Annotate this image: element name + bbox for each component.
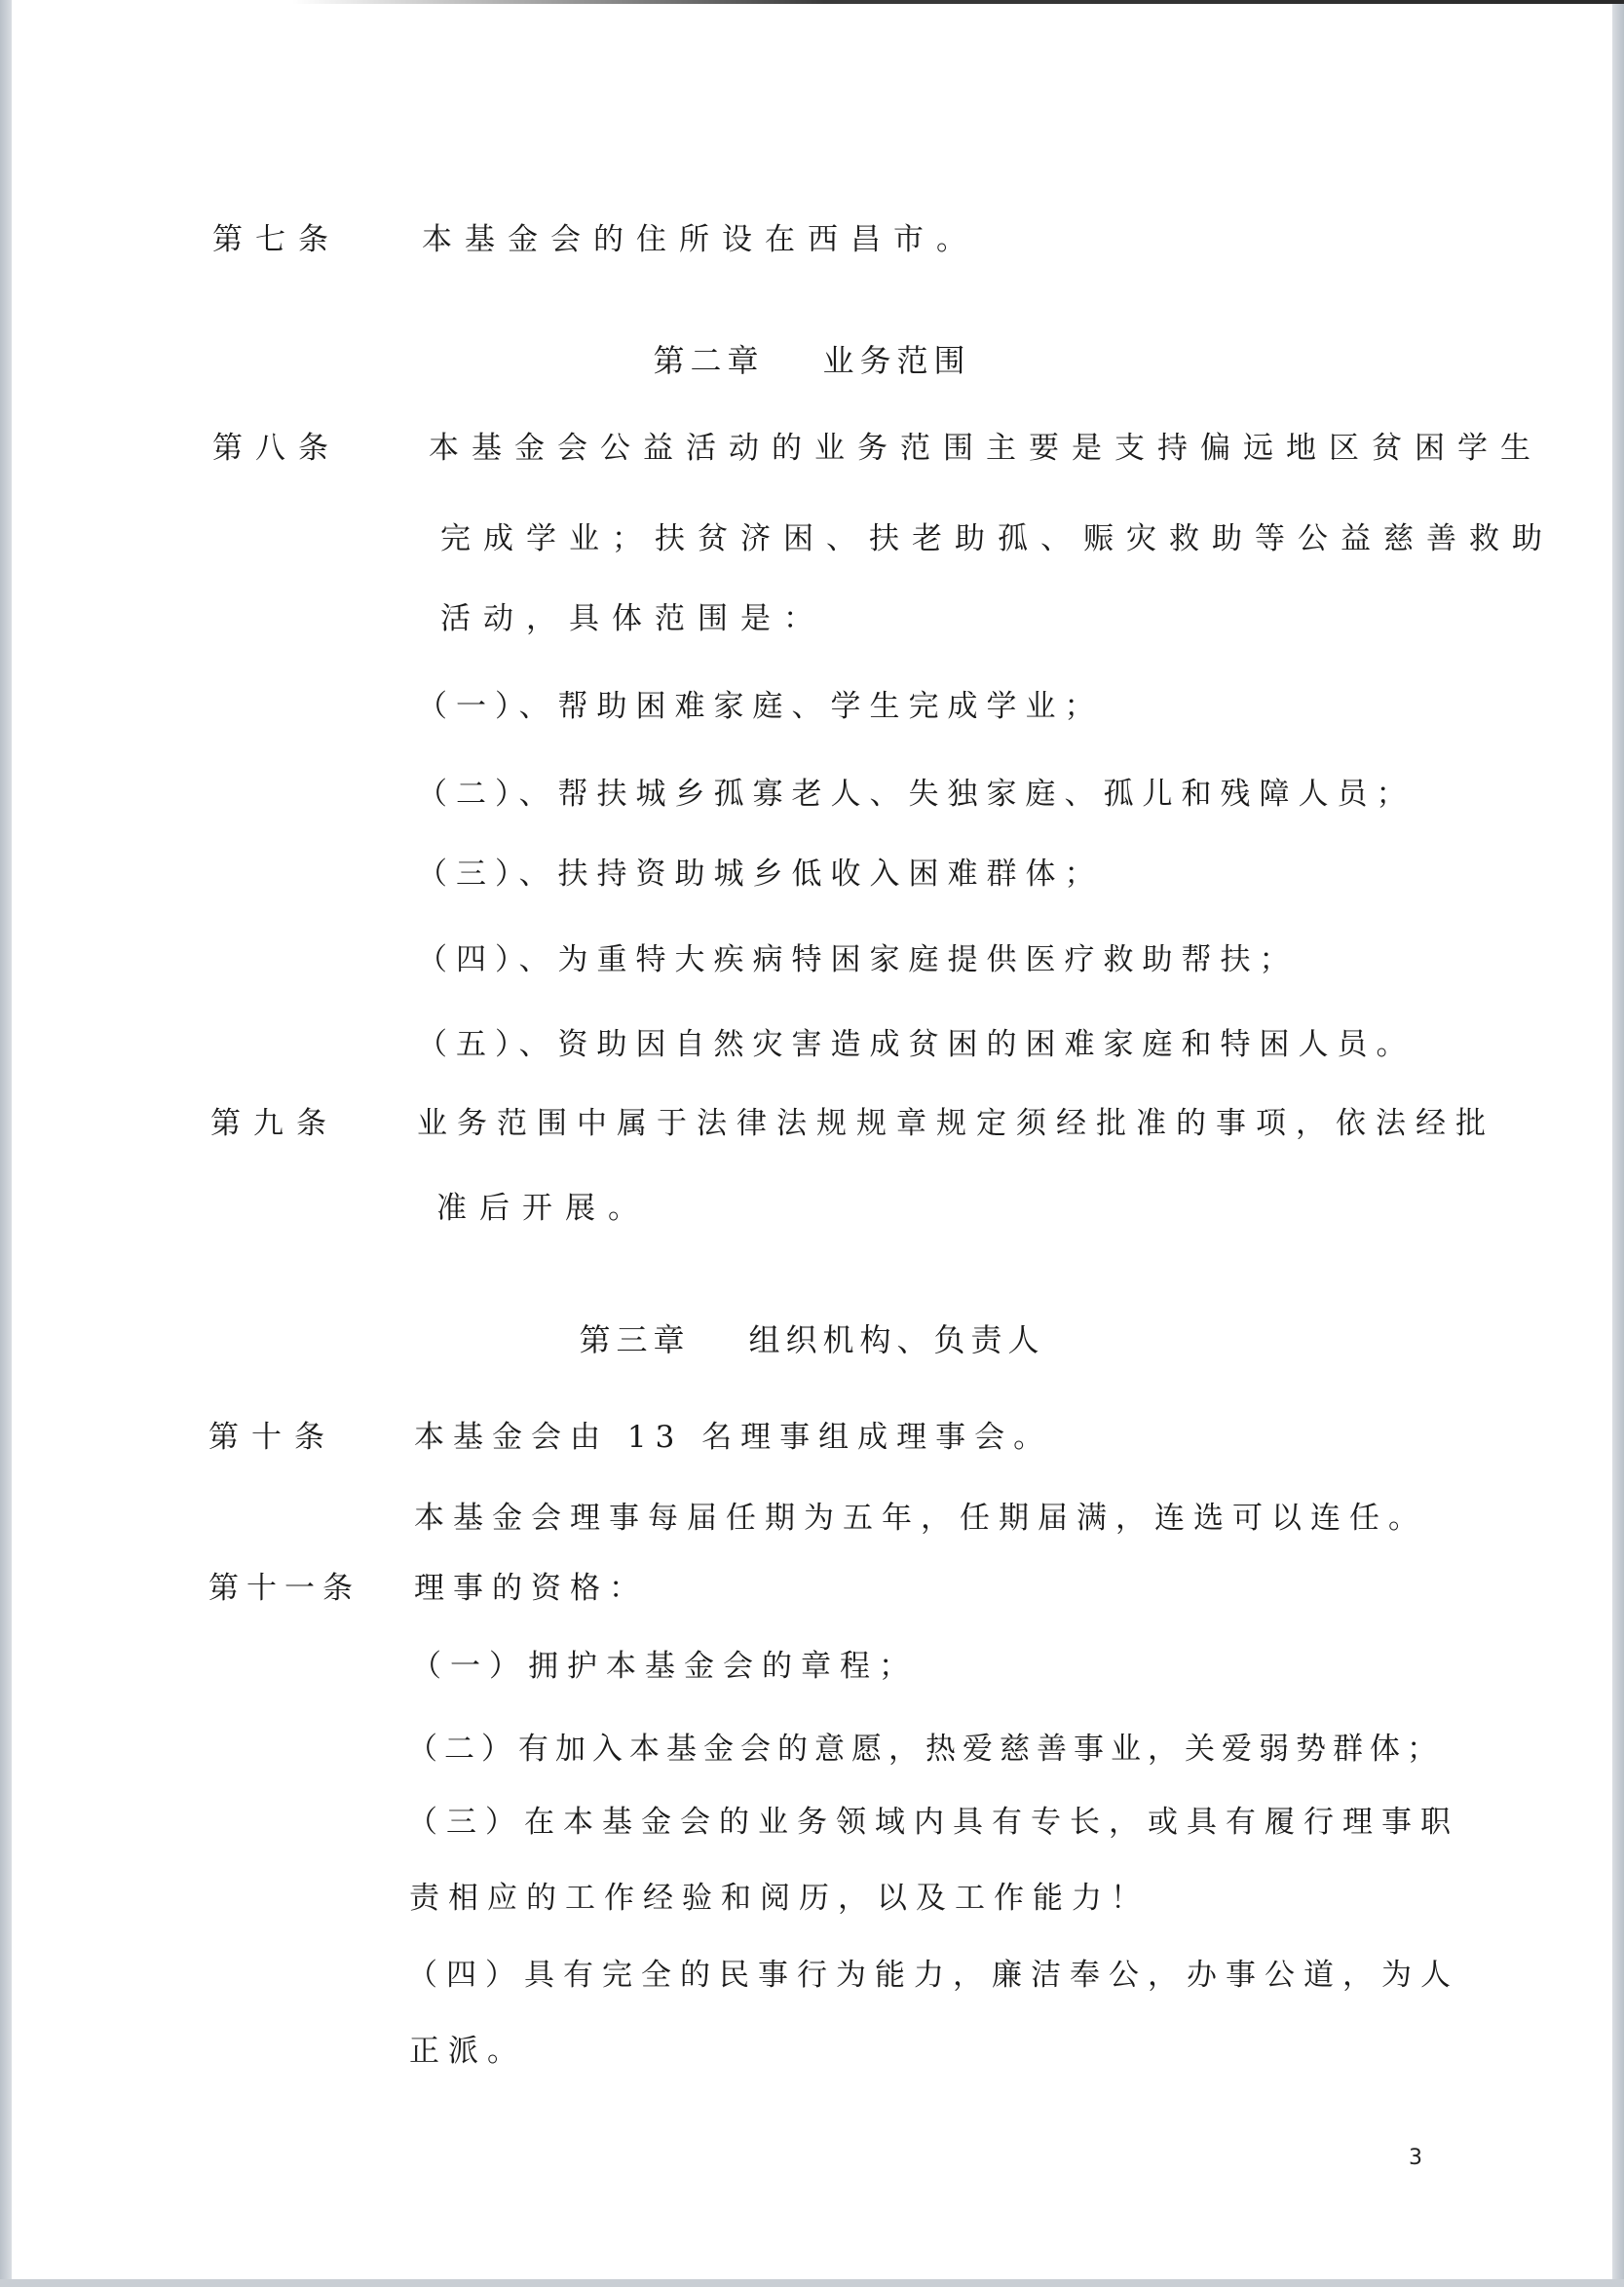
list-item: （一）拥护本基金会的章程；: [411, 1647, 918, 1686]
list-item: 责相应的工作经验和阅历，以及工作能力！: [409, 1879, 1150, 1918]
scan-edge-top: [292, 0, 1624, 4]
list-item: （一）、帮助困难家庭、学生完成学业；: [417, 687, 1104, 726]
article-label: 第九条: [210, 1104, 339, 1143]
article-text: 本基金会公益活动的业务范围主要是支持偏远地区贫困学生: [429, 429, 1543, 468]
article-text: 完成学业；扶贫济困、扶老助孤、赈灾救助等公益慈善救助: [440, 519, 1555, 558]
list-item: 正派。: [409, 2032, 526, 2071]
chapter-heading: 第二章业务范围: [0, 341, 1624, 380]
list-item: （四）具有完全的民事行为能力，廉洁奉公，办事公道，为人: [407, 1956, 1459, 1995]
article-text: 活动，具体范围是：: [440, 599, 826, 638]
article-label: 第十一条: [208, 1569, 360, 1608]
list-item: （二）、帮扶城乡孤寡老人、失独家庭、孤儿和残障人员；: [417, 775, 1416, 814]
article-text: 理事的资格：: [414, 1569, 648, 1608]
page-number: 3: [1409, 2146, 1422, 2170]
list-item: （二）有加入本基金会的意愿，热爱慈善事业，关爱弱势群体；: [407, 1730, 1444, 1769]
list-item: （三）、扶持资助城乡低收入困难群体；: [417, 855, 1104, 894]
article-text: 本基金会由 13 名理事组成理事会。: [414, 1418, 1052, 1457]
chapter-title: 业务范围: [823, 342, 971, 379]
chapter-number: 第三章: [579, 1321, 690, 1358]
scan-edge-bottom: [0, 2279, 1624, 2287]
chapter-number: 第二章: [653, 342, 764, 379]
chapter-heading: 第三章组织机构、负责人: [0, 1320, 1624, 1359]
list-item: （五）、资助因自然灾害造成贫困的困难家庭和特困人员。: [417, 1025, 1416, 1064]
chapter-title: 组织机构、负责人: [749, 1321, 1045, 1358]
article-text: 准后开展。: [436, 1189, 651, 1228]
article-label: 第八条: [212, 429, 341, 468]
article-label: 第十条: [208, 1418, 337, 1457]
article-text: 本基金会的住所设在西昌市。: [422, 220, 979, 259]
article-text: 本基金会理事每届任期为五年，任期届满，连选可以连任。: [414, 1499, 1427, 1538]
list-item: （三）在本基金会的业务领域内具有专长，或具有履行理事职: [407, 1803, 1459, 1842]
article-text: 业务范围中属于法律法规规章规定须经批准的事项，依法经批: [417, 1104, 1495, 1143]
article-label: 第七条: [212, 220, 341, 259]
list-item: （四）、为重特大疾病特困家庭提供医疗救助帮扶；: [417, 940, 1299, 979]
